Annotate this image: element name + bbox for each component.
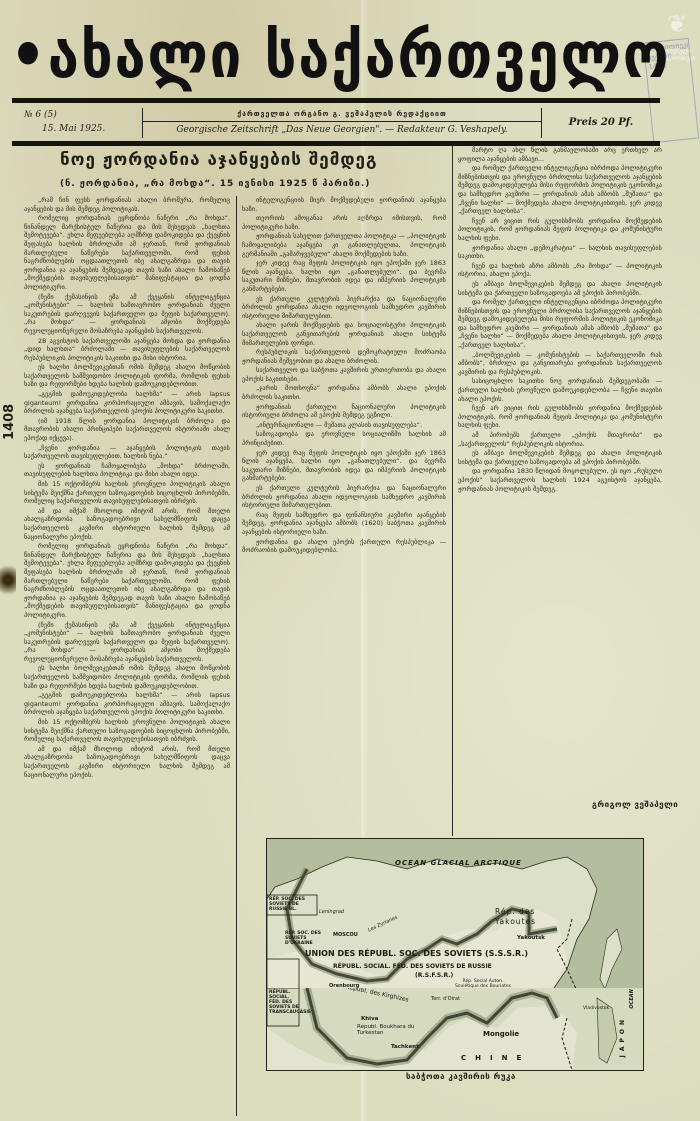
paragraph: ახალი ჯარის მოქმედების და სოციალისტური პ…	[242, 321, 446, 347]
paragraph: ამ პირობებს ქართული „ეპოქის მთავრობა“ და…	[458, 431, 662, 448]
issue-number: № 6 (5)	[24, 110, 57, 120]
paragraph: საზოგადოება და ეროვნული სოციალიზმი ხალხი…	[242, 430, 446, 447]
column-divider-2	[452, 146, 453, 836]
paragraph: ჟორდანიას ქართული ნაციონალური პოლიტიკის …	[242, 403, 446, 420]
paragraph: ინტელიგენციის მიერ მოქმედებული ჟორდანიას…	[242, 196, 446, 213]
info-bar: № 6 (5) 15. Mai 1925. ქართველთა ორგანო გ…	[12, 108, 660, 138]
subtitle-box: ქართველთა ორგანო გ. ვეშაპელის რედაქციით …	[143, 108, 542, 138]
paragraph: ეს ხალხი ბოლშევიკებთან ომის შემდეგ ახალი…	[24, 664, 230, 690]
ussr-map-lower: RÉPUBL. SOCIAL. FÉD. DES SOVIETS DE TRAN…	[266, 988, 644, 1071]
paper-stain	[0, 560, 16, 600]
label-rsfsr-inset: RÉP. SOC. DES SOVIETS DE RUSSIE BL.	[269, 897, 317, 912]
paragraph: ჩვენ არ ვიცით რის გულისხმობს ჟორდანია მო…	[458, 404, 662, 430]
column-divider-1	[236, 196, 237, 1116]
paragraph: და რომელ ქართველი ინტელიგენცია იბრძოდა პ…	[458, 164, 662, 216]
paragraph: რომელიც ჟორდანიას ეყრდნობა ნაწერი „რა მო…	[24, 214, 230, 291]
label-vladivostok: Vladivostok	[583, 1006, 609, 1011]
label-yakut-republic: Rép. des Yakoutes	[495, 907, 555, 927]
paragraph: „ჩვენი ჟორდანია — აჯანყების პოლიტიკის თა…	[24, 444, 230, 461]
label-bukhara-turkestan: Républ. Boukhara du Turkestan	[357, 1024, 423, 1036]
paragraph: ჯერ კიდევ რაც მეფის პოლიტიკის იყო ეპოქაშ…	[242, 259, 446, 293]
paragraph: „ბოლშევიკების — კომუნისტების — საქართველ…	[458, 351, 662, 377]
paragraph: 28 აგვისტოს საქართველოში აჯანყება მოხდა …	[24, 337, 230, 363]
paragraph: ეს ქართული კულტურის ჰიერარქია და ნაციონა…	[242, 484, 446, 510]
paragraph: ეს ქართული კულტურის ჰიერარქია და ნაციონა…	[242, 295, 446, 321]
paragraph: „ინტერნაციონალი — მუშათა კლასის თავისუფლ…	[242, 421, 446, 430]
paragraph: რაც მეფის სამხედრო და ფინანსიური კავშირი…	[242, 511, 446, 537]
label-mongolia: Mongolie	[483, 1030, 519, 1038]
label-ussr: UNION DES RÉPUBL. SOC. DES SOVIETS (S.S.…	[305, 949, 528, 958]
article-column-1: „რამ ჩინ ფეხს ჟორდანიას ახალი ბროშურა, რ…	[24, 196, 230, 1111]
paragraph: (ჩემი ქუმასინჯის ემა ამ ქვეყანის ინტელიგ…	[24, 621, 230, 664]
paragraph: ჟორდანია ახალი „დემოკრატია“ — ხალხის თავ…	[458, 244, 662, 261]
label-tashkent: Tachkent	[391, 1044, 419, 1050]
label-china: CHINE	[461, 1054, 530, 1062]
paragraph: და ჟორდანია 1830 წლიდან მოყოლებული, ეს ი…	[458, 467, 662, 493]
price: Preis 20 Pf.	[542, 108, 660, 138]
paragraph: რომელიც ჟორდანიას ეყრდნობა ნაწერი „რა მო…	[24, 542, 230, 619]
paragraph: (იმ 1918 წლის ჟორდანია პოლიტიკის ბრძოლა …	[24, 417, 230, 443]
label-yakutsk: Yakoutsk	[517, 935, 545, 941]
paragraph: და რომელ ქართველი ინტელიგენცია იბრძოდა პ…	[458, 298, 662, 350]
paragraph: ამ და იმქამ მხოლოდ იმიტომ არის, რომ მთელ…	[24, 745, 230, 779]
author-signature: გრიგოლ ვეშაპელი	[592, 800, 678, 809]
paragraph: რესპუბლიკის საქართველოს დემოკრატიული მოძ…	[242, 348, 446, 365]
paragraph: ეს ამბავი ბოლშევიკების შემდეგ და ახალი პ…	[458, 449, 662, 466]
paragraph: მარტო ღა ახლ წლის განმავლობაში არც ერთხე…	[458, 146, 662, 163]
paragraph: ჟორდანიას სახელით ქართველთა პოლიტიკა — „…	[242, 232, 446, 258]
label-rsfsr: RÉPUBL. SOCIAL. FÉD. DES SOVIETS DE RUSS…	[333, 963, 492, 970]
article-column-2: ინტელიგენციის მიერ მოქმედებული ჟორდანიას…	[242, 196, 446, 830]
label-ukraine: RÉP. SOC. DES SOVIETS D'UKRAINE	[285, 931, 327, 946]
article-column-3: მარტო ღა ახლ წლის განმავლობაში არც ერთხე…	[458, 146, 662, 794]
paragraph: „გეგმის დამოუკიდებლობა ხალხმა“ — არის la…	[24, 390, 230, 416]
label-transcaucasia: RÉPUBL. SOCIAL. FÉD. DES SOVIETS DE TRAN…	[269, 990, 299, 1015]
paragraph: ჩვენ არ ვიცით რის გულისხმობს ჟორდანია მო…	[458, 217, 662, 243]
newspaper-title: •ახალი საქართველო	[10, 22, 573, 90]
label-moscow: MOSCOU	[333, 932, 358, 938]
label-japan: JAPON	[619, 1016, 626, 1057]
paragraph: მის 15 ოქტომბერს ხალხის ეროვნული პოლიტიკ…	[24, 480, 230, 506]
paragraph: თეორიის ამოცანაა არის აღზრდა იმისთვის, რ…	[242, 214, 446, 231]
paragraph: მის 15 ოქტომბერს ხალხის ეროვნული პოლიტიკ…	[24, 718, 230, 744]
paragraph: ეს ხალხი ბოლშევიკებთან ომის შემდეგ ახალი…	[24, 363, 230, 389]
paragraph: ჟორდანია და ახალი ეპოქის ქართული რესპუბლ…	[242, 538, 446, 555]
margin-handwritten-number: 1408	[2, 404, 17, 440]
label-pacific-ocean: OCEAN PACIFIQUE	[629, 988, 635, 1009]
label-oirat: Terr. d'Oirat	[431, 996, 460, 1002]
label-rsfsr-abbrev: (R.S.F.S.R.)	[415, 972, 453, 979]
issue-date: 15. Mai 1925.	[42, 124, 105, 134]
subtitle-georgian: ქართველთა ორგანო გ. ვეშაპელის რედაქციით	[143, 108, 541, 122]
article-headline: ნოე ჟორდანია აჯანყების შემდეგ	[60, 150, 440, 170]
paragraph: „ჯარის მოთხოვნა“ ჟორდანია ამბობს ახალი ე…	[242, 384, 446, 401]
paragraph: საქართველო და საბჭოთა კავშირის ურთიერთობ…	[242, 366, 446, 383]
ussr-map: OCEAN GLACIAL ARCTIQUE RÉP. SOC. DES SOV…	[266, 838, 644, 992]
paragraph: (ჩემი ქუმასინჯის ემა ამ ქვეყანის ინტელიგ…	[24, 293, 230, 336]
paragraph: სასიცოცხლო საკითხი ნოე ჟორდანიას შემდეგო…	[458, 377, 662, 403]
issue-box: № 6 (5) 15. Mai 1925.	[12, 108, 143, 138]
paragraph: ეს ამბავი ბოლშევიკების შემდეგ და ახალი პ…	[458, 280, 662, 297]
paragraph: ჯერ კიდევ რაც მეფის პოლიტიკის იყო ეპოქაშ…	[242, 449, 446, 483]
map-caption: საბჭოთა კავშირის რუკა	[406, 1072, 516, 1081]
label-leningrad: Leningrad	[319, 909, 344, 915]
masthead-rule-top	[12, 98, 660, 103]
label-arctic-ocean: OCEAN GLACIAL ARCTIQUE	[395, 859, 522, 867]
paragraph: ჩვენ და ხალხის აზრი ამბობს „რა მოხდა“ — …	[458, 262, 662, 279]
paragraph: „რამ ჩინ ფეხს ჟორდანიას ახალი ბროშურა, რ…	[24, 196, 230, 213]
label-khiva: Khiva	[361, 1016, 378, 1022]
paragraph: ეს ჟორდანიას ჩამოყალიბება „მოხდა“ ბრძოლა…	[24, 462, 230, 479]
subtitle-german: Georgische Zeitschrift „Das Neue Georgie…	[143, 122, 541, 138]
article-subhead: (ნ. ჟორდანია, „რა მოხდა“. 15 ივნისი 1925…	[60, 179, 440, 189]
paragraph: „გეგმის დამოუკიდებლობა ხალხმა“ — არის la…	[24, 691, 230, 717]
paragraph: ამ და იმქამ მხოლოდ იმიტომ არის, რომ მთელ…	[24, 507, 230, 541]
